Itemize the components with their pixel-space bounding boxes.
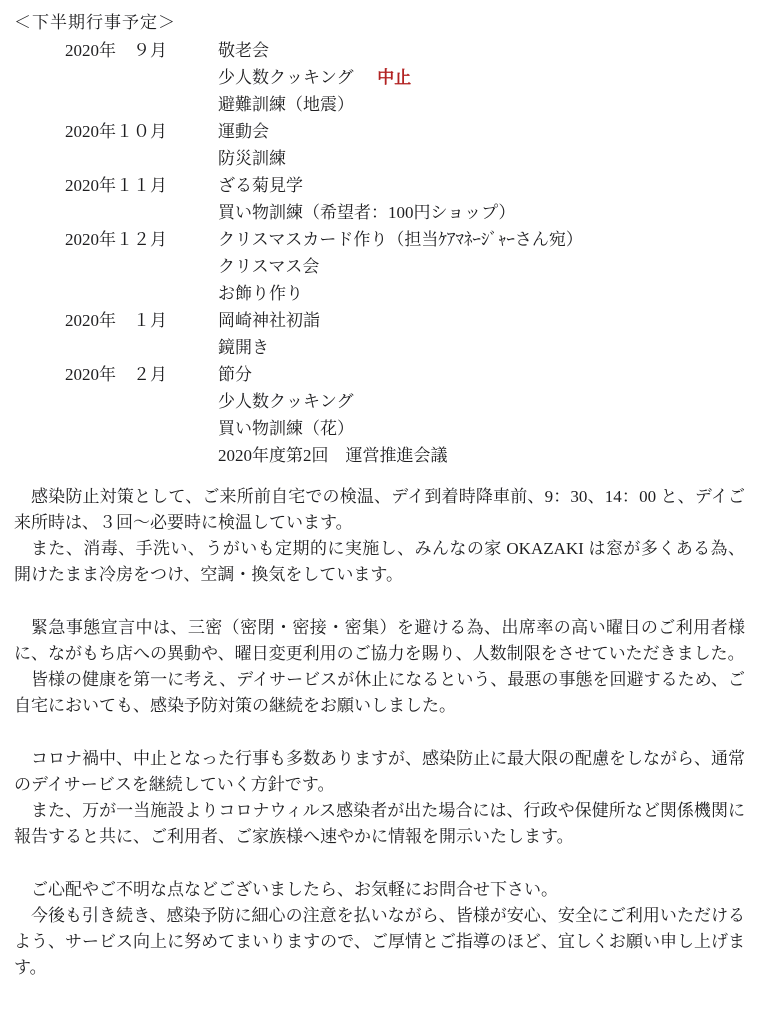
paragraph-block-service-policy: コロナ禍中、中止となった行事も多数ありますが、感染防止に最大限の配慮をしながら、… xyxy=(14,746,745,850)
schedule-event: 少人数クッキング xyxy=(218,388,745,415)
schedule-date: 2020年 １月 xyxy=(65,307,218,334)
schedule-event-label: 買い物訓練（花） xyxy=(218,419,354,438)
cancelled-note: 中止 xyxy=(377,68,411,87)
schedule-event-label: 節分 xyxy=(218,365,252,384)
schedule-event: 避難訓練（地震） xyxy=(218,91,745,118)
schedule-event: お飾り作り xyxy=(218,280,745,307)
paragraph: 感染防止対策として、ご来所前自宅での検温、デイ到着時降車前、9：30、14：00… xyxy=(14,484,745,536)
schedule-event-label: クリスマスカード作り（担当ｹｱﾏﾈｰｼﾞｬｰさん宛） xyxy=(218,230,583,249)
schedule-date xyxy=(65,442,218,469)
schedule-event-label: 少人数クッキング xyxy=(218,392,354,411)
schedule-event-label: クリスマス会 xyxy=(218,257,319,276)
schedule-date xyxy=(65,280,218,307)
schedule-row: 少人数クッキング中止 xyxy=(65,64,745,91)
schedule-event: クリスマスカード作り（担当ｹｱﾏﾈｰｼﾞｬｰさん宛） xyxy=(218,226,745,253)
paragraph: コロナ禍中、中止となった行事も多数ありますが、感染防止に最大限の配慮をしながら、… xyxy=(14,746,745,798)
schedule-row: 鏡開き xyxy=(65,334,745,361)
schedule-event-label: 岡崎神社初詣 xyxy=(218,311,320,330)
paragraph: また、消毒、手洗い、うがいも定期的に実施し、みんなの家 OKAZAKI は窓が多… xyxy=(14,536,745,588)
schedule-row: 防災訓練 xyxy=(65,145,745,172)
schedule-date: 2020年１０月 xyxy=(65,118,218,145)
schedule-date xyxy=(65,415,218,442)
schedule-event-label: 2020年度第2回 運営推進会議 xyxy=(218,446,448,465)
schedule-event-label: ざる菊見学 xyxy=(218,176,303,195)
paragraph: 皆様の健康を第一に考え、デイサービスが休止になるという、最悪の事態を回避するため… xyxy=(14,667,745,719)
schedule-event: 節分 xyxy=(218,361,745,388)
schedule-event: 2020年度第2回 運営推進会議 xyxy=(218,442,745,469)
schedule-date xyxy=(65,388,218,415)
schedule-date: 2020年 ２月 xyxy=(65,361,218,388)
schedule-event-label: 買い物訓練（希望者：100円ショップ） xyxy=(218,203,515,222)
paragraph: 緊急事態宣言中は、三密（密閉・密接・密集）を避ける為、出席率の高い曜日のご利用者… xyxy=(14,615,745,667)
schedule-row: 2020年１２月 クリスマスカード作り（担当ｹｱﾏﾈｰｼﾞｬｰさん宛） xyxy=(65,226,745,253)
schedule-date: 2020年１２月 xyxy=(65,226,218,253)
schedule-row: 2020年１１月 ざる菊見学 xyxy=(65,172,745,199)
schedule-row: 2020年 ２月 節分 xyxy=(65,361,745,388)
schedule-row: お飾り作り xyxy=(65,280,745,307)
document-page: ＜下半期行事予定＞ 2020年 ９月 敬老会 少人数クッキング中止 避難訓練（地… xyxy=(0,0,759,1024)
schedule-row: 避難訓練（地震） xyxy=(65,91,745,118)
schedule-row: 買い物訓練（希望者：100円ショップ） xyxy=(65,199,745,226)
schedule-row: 2020年 ９月 敬老会 xyxy=(65,37,745,64)
paragraph-block-closing: ご心配やご不明な点などございましたら、お気軽にお問合せ下さい。 今後も引き続き、… xyxy=(14,877,745,981)
schedule-date xyxy=(65,91,218,118)
schedule-event-label: 防災訓練 xyxy=(218,149,286,168)
schedule-row: 2020年１０月 運動会 xyxy=(65,118,745,145)
schedule-event: 運動会 xyxy=(218,118,745,145)
schedule-event: 防災訓練 xyxy=(218,145,745,172)
schedule-event-label: 避難訓練（地震） xyxy=(218,95,354,114)
schedule-row: 2020年 １月 岡崎神社初詣 xyxy=(65,307,745,334)
schedule-event-label: 運動会 xyxy=(218,122,269,141)
schedule-date xyxy=(65,145,218,172)
schedule-row: 2020年度第2回 運営推進会議 xyxy=(65,442,745,469)
paragraph: 今後も引き続き、感染予防に細心の注意を払いながら、皆様が安心、安全にご利用いただ… xyxy=(14,903,745,981)
schedule-event: 敬老会 xyxy=(218,37,745,64)
schedule-event: 岡崎神社初詣 xyxy=(218,307,745,334)
page-title: ＜下半期行事予定＞ xyxy=(14,9,745,37)
body-text: 感染防止対策として、ご来所前自宅での検温、デイ到着時降車前、9：30、14：00… xyxy=(14,484,745,981)
schedule-date: 2020年 ９月 xyxy=(65,37,218,64)
schedule-event-label: 少人数クッキング xyxy=(218,68,354,87)
event-schedule: 2020年 ９月 敬老会 少人数クッキング中止 避難訓練（地震） 2020年１０… xyxy=(65,37,745,469)
schedule-event: クリスマス会 xyxy=(218,253,745,280)
paragraph-block-emergency-declaration: 緊急事態宣言中は、三密（密閉・密接・密集）を避ける為、出席率の高い曜日のご利用者… xyxy=(14,615,745,719)
paragraph: ご心配やご不明な点などございましたら、お気軽にお問合せ下さい。 xyxy=(14,877,745,903)
schedule-row: 買い物訓練（花） xyxy=(65,415,745,442)
schedule-date xyxy=(65,64,218,91)
schedule-event: 鏡開き xyxy=(218,334,745,361)
schedule-date: 2020年１１月 xyxy=(65,172,218,199)
schedule-event-label: 敬老会 xyxy=(218,41,269,60)
schedule-event: ざる菊見学 xyxy=(218,172,745,199)
schedule-event: 買い物訓練（希望者：100円ショップ） xyxy=(218,199,745,226)
schedule-row: 少人数クッキング xyxy=(65,388,745,415)
schedule-event-label: お飾り作り xyxy=(218,284,303,303)
schedule-row: クリスマス会 xyxy=(65,253,745,280)
paragraph-block-infection-measures: 感染防止対策として、ご来所前自宅での検温、デイ到着時降車前、9：30、14：00… xyxy=(14,484,745,588)
schedule-event: 少人数クッキング中止 xyxy=(218,64,745,91)
paragraph: また、万が一当施設よりコロナウィルス感染者が出た場合には、行政や保健所など関係機… xyxy=(14,798,745,850)
schedule-date xyxy=(65,334,218,361)
schedule-date xyxy=(65,253,218,280)
schedule-date xyxy=(65,199,218,226)
schedule-event-label: 鏡開き xyxy=(218,338,269,357)
schedule-event: 買い物訓練（花） xyxy=(218,415,745,442)
